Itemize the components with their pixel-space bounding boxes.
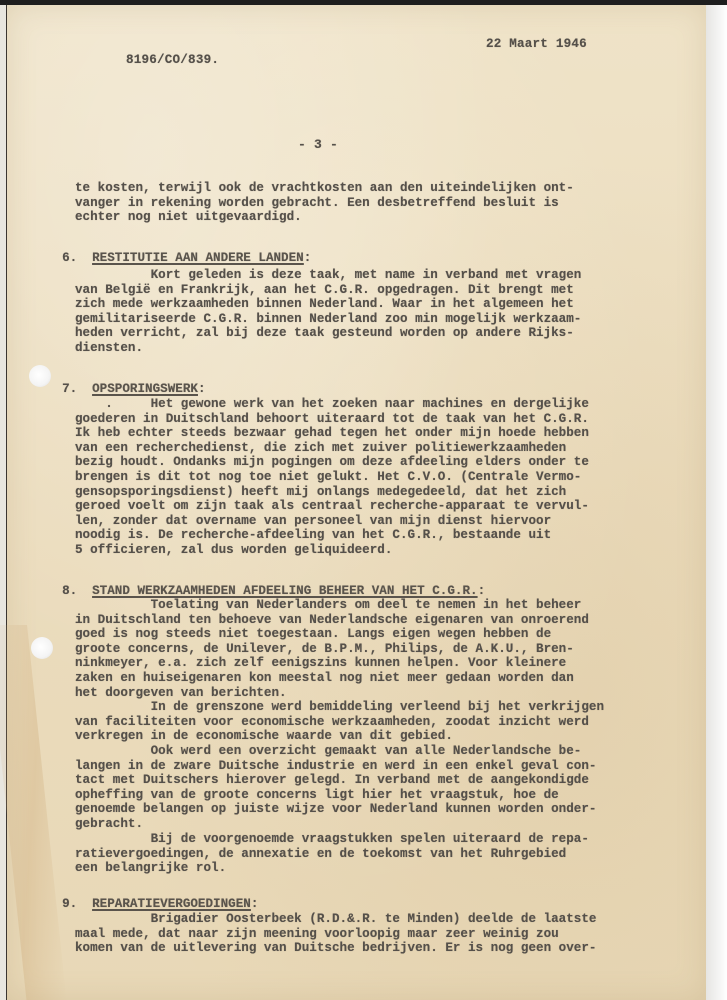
section-6-paragraph: Kort geleden is deze taak, met name in v… <box>75 268 675 356</box>
document-date: 22 Maart 1946 <box>486 37 587 52</box>
section-number: 9. <box>62 897 92 911</box>
section-9-paragraph: Brigadier Oosterbeek (R.D.&.R. te Minden… <box>75 912 675 956</box>
text-line: In de grenszone werd bemiddeling verleen… <box>75 700 675 715</box>
text-line: Ik heb echter steeds bezwaar gehad tegen… <box>75 426 675 441</box>
section-title: RESTITUTIE AAN ANDERE LANDEN <box>92 251 304 265</box>
text-line: langen in de zware Duitsche industrie en… <box>75 759 675 774</box>
paper-crease <box>0 625 67 1000</box>
section-8-paragraph-3: Ook werd een overzicht gemaakt van alle … <box>75 744 675 832</box>
text-line: groote concerns, de Unilever, de B.P.M.,… <box>75 642 675 657</box>
page-number: - 3 - <box>298 138 338 153</box>
text-line: een belangrijke rol. <box>75 861 675 876</box>
text-line: diensten. <box>75 341 675 356</box>
text-line: goederen in Duitschland behoort uiteraar… <box>75 412 675 427</box>
text-line: van België en Frankrijk, aan het C.G.R. … <box>75 283 675 298</box>
text-line: vanger in rekening worden gebracht. Een … <box>75 196 675 211</box>
section-heading-8: 8.STAND WERKZAAMHEDEN AFDEELING BEHEER V… <box>47 570 485 598</box>
section-title: STAND WERKZAAMHEDEN AFDEELING BEHEER VAN… <box>92 584 477 598</box>
text-line: gemilitariseerde C.G.R. binnen Nederland… <box>75 312 675 327</box>
text-line: heden verricht, zal bij deze taak gesteu… <box>75 326 675 341</box>
scan-left-border <box>0 5 7 1000</box>
text-line: gebracht. <box>75 817 675 832</box>
section-8-paragraph-2: In de grenszone werd bemiddeling verleen… <box>75 700 675 744</box>
text-line: verkregen in de economische waarde van d… <box>75 729 675 744</box>
text-line: gensopsporingsdienst) heeft mij onlangs … <box>75 485 675 500</box>
text-line: Brigadier Oosterbeek (R.D.&.R. te Minden… <box>75 912 675 927</box>
punch-hole-bottom <box>31 637 53 659</box>
text-line: genoemde belangen op juiste wijze voor N… <box>75 802 675 817</box>
text-line: tact met Duitschers hierover gelegd. In … <box>75 773 675 788</box>
text-line: goed is nog steeds niet toegestaan. Lang… <box>75 627 675 642</box>
text-line: van faciliteiten voor economische werkza… <box>75 715 675 730</box>
section-7-paragraph: . Het gewone werk van het zoeken naar ma… <box>75 397 675 558</box>
text-line: geroed voelt om zijn taak als centraal r… <box>75 499 675 514</box>
section-heading-7: 7.OPSPORINGSWERK: <box>47 368 206 396</box>
text-line: Kort geleden is deze taak, met name in v… <box>75 268 675 283</box>
section-number: 7. <box>62 382 92 396</box>
text-line: Bij de voorgenoemde vraagstukken spelen … <box>75 832 675 847</box>
text-line: het doorgeven van berichten. <box>75 686 675 701</box>
text-line: ratievergoedingen, de annexatie en de to… <box>75 847 675 862</box>
section-heading-6: 6.RESTITUTIE AAN ANDERE LANDEN: <box>47 237 311 265</box>
section-title: REPARATIEVERGOEDINGEN <box>92 897 251 911</box>
text-line: brengen is dit tot nog toe niet gelukt. … <box>75 470 675 485</box>
intro-paragraph: te kosten, terwijl ook de vrachtkosten a… <box>75 181 675 225</box>
text-line: zich mede werkzaamheden binnen Nederland… <box>75 297 675 312</box>
text-line: noodig is. De recherche-afdeeling van he… <box>75 528 675 543</box>
text-line: Toelating van Nederlanders om deel te ne… <box>75 598 675 613</box>
heading-colon: : <box>304 251 312 265</box>
text-line: maal mede, dat naar zijn meening voorloo… <box>75 927 675 942</box>
text-line: te kosten, terwijl ook de vrachtkosten a… <box>75 181 675 196</box>
text-line: . Het gewone werk van het zoeken naar ma… <box>75 397 675 412</box>
document-reference: 8196/CO/839. <box>126 53 219 68</box>
text-line: 5 officieren, zal dus worden geliquideer… <box>75 543 675 558</box>
heading-colon: : <box>478 584 486 598</box>
text-line: Ook werd een overzicht gemaakt van alle … <box>75 744 675 759</box>
text-line: ninkmeyer, e.a. zich zelf eenigszins kun… <box>75 656 675 671</box>
section-heading-9: 9.REPARATIEVERGOEDINGEN: <box>47 883 258 911</box>
text-line: zaken en huiseigenaren kon meestal nog n… <box>75 671 675 686</box>
heading-colon: : <box>198 382 206 396</box>
text-line: opheffing van de groote concerns ligt hi… <box>75 788 675 803</box>
scan-right-margin <box>706 5 727 1000</box>
text-line: echter nog niet uitgevaardigd. <box>75 210 675 225</box>
section-8-paragraph-4: Bij de voorgenoemde vraagstukken spelen … <box>75 832 675 876</box>
heading-colon: : <box>251 897 259 911</box>
text-line: in Duitschland ten behoeve van Nederland… <box>75 613 675 628</box>
text-line: komen van de uitlevering van Duitsche be… <box>75 941 675 956</box>
section-number: 8. <box>62 584 92 598</box>
section-number: 6. <box>62 251 92 265</box>
text-line: van een recherchedienst, die zich met zu… <box>75 441 675 456</box>
text-line: bezig houdt. Ondanks mijn pogingen om de… <box>75 455 675 470</box>
section-title: OPSPORINGSWERK <box>92 382 198 396</box>
section-8-paragraph-1: Toelating van Nederlanders om deel te ne… <box>75 598 675 700</box>
text-line: len, zonder dat overname van personeel v… <box>75 514 675 529</box>
